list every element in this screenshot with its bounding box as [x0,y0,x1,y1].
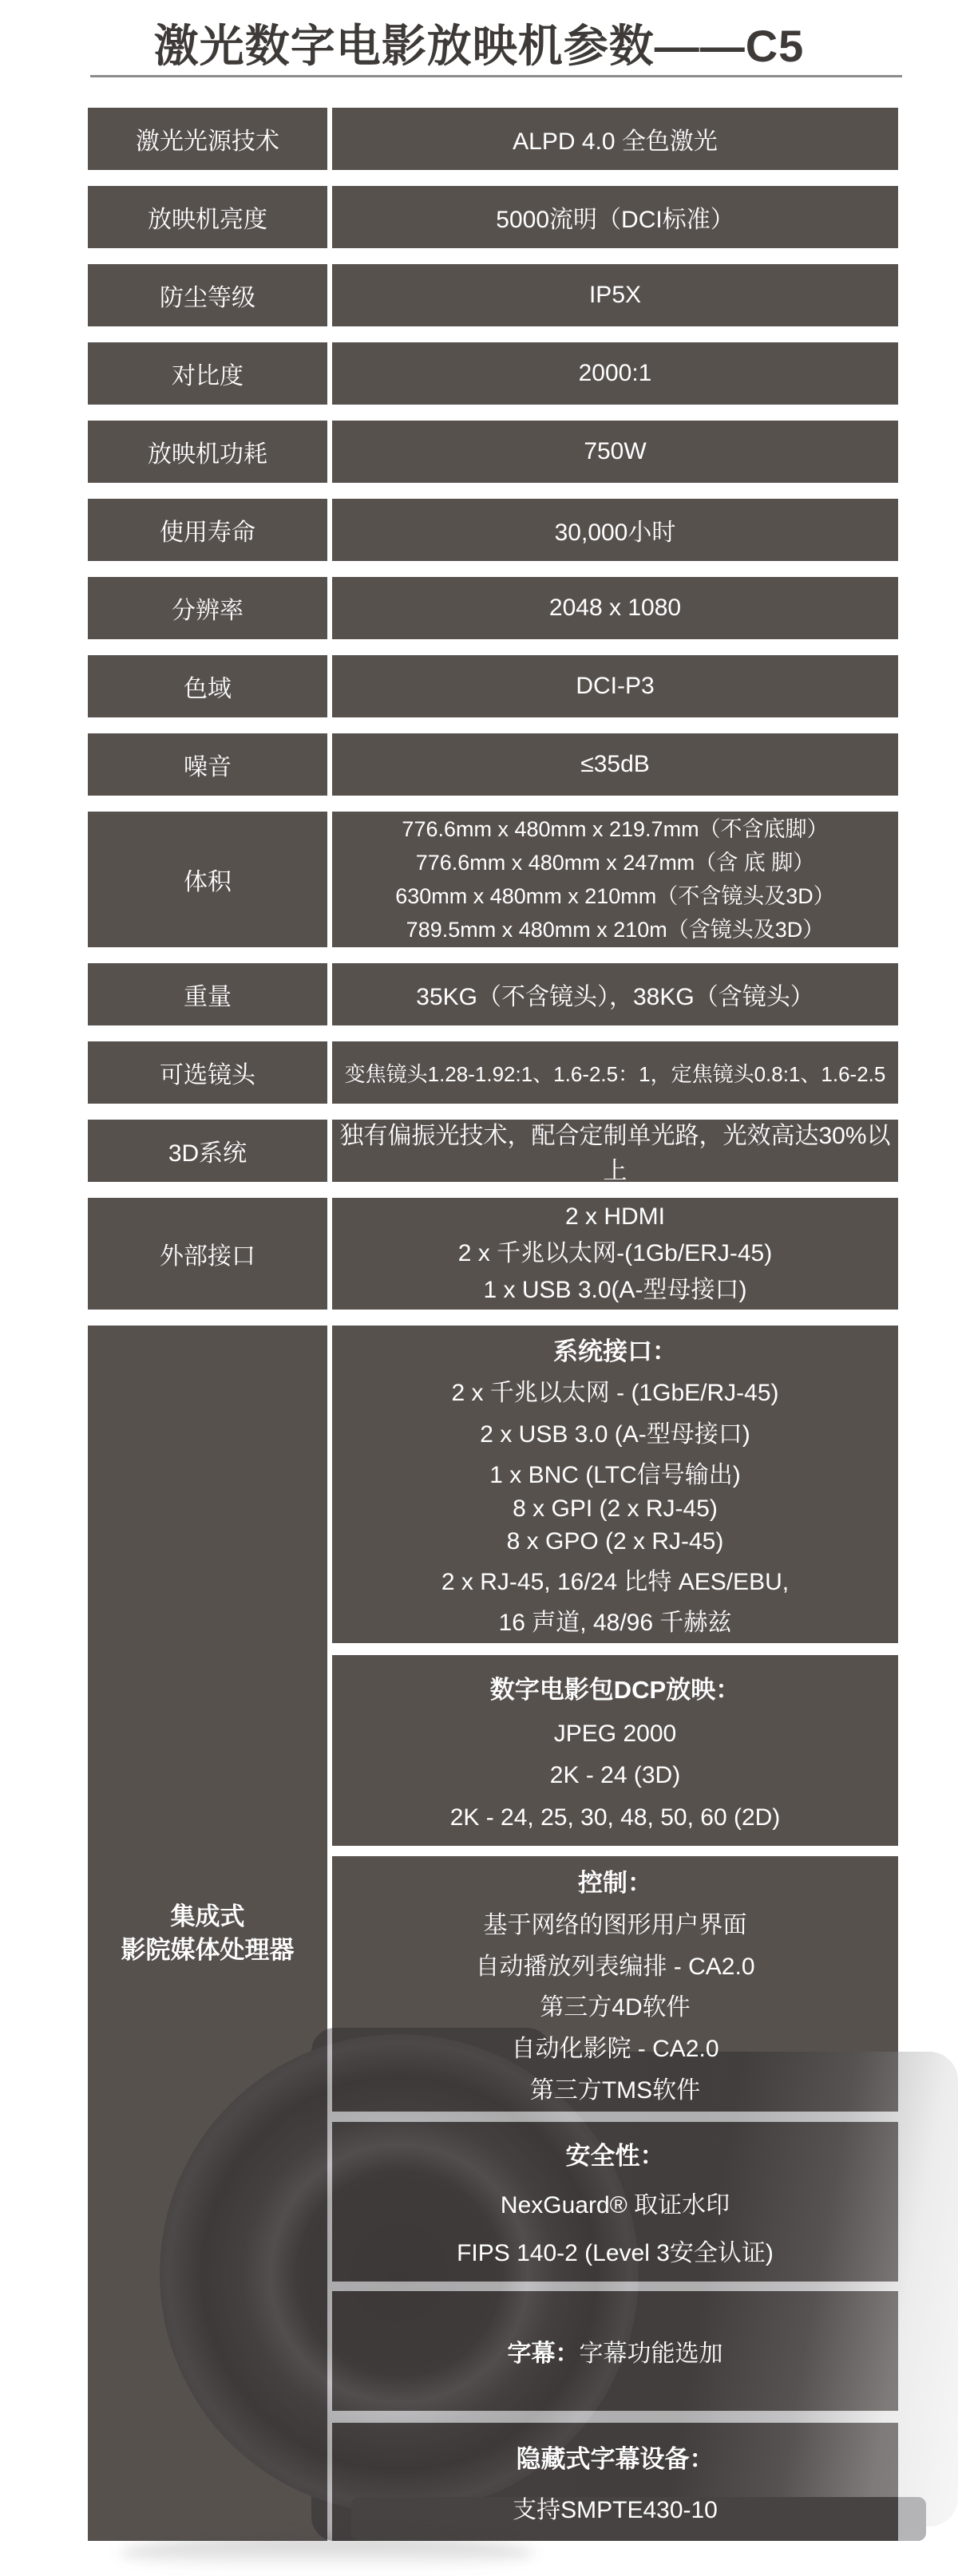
spec-row: 体积776.6mm x 480mm x 219.7mm（不含底脚）776.6mm… [88,812,898,947]
block-line: 2 x USB 3.0 (A-型母接口) [480,1414,750,1449]
title-divider [90,75,902,77]
media-processor-blocks: 系统接口：2 x 千兆以太网 - (1GbE/RJ-45)2 x USB 3.0… [332,1326,898,2541]
block-heading: 字幕： [508,2341,580,2367]
spec-row: 可选镜头变焦镜头1.28-1.92:1、1.6-2.5：1，定焦镜头0.8:1、… [88,1041,898,1104]
media-processor-block: 系统接口：2 x 千兆以太网 - (1GbE/RJ-45)2 x USB 3.0… [332,1326,898,1643]
block-line: 1 x BNC (LTC信号输出) [489,1455,740,1490]
spec-row-value: 35KG（不含镜头），38KG（含镜头） [332,963,898,1025]
block-line: 第三方4D软件 [540,1987,690,2022]
spec-row-label: 对比度 [88,342,327,405]
page-title: 激光数字电影放映机参数——C5 [0,11,958,75]
spec-row-label: 可选镜头 [88,1041,327,1104]
spec-row-value: 独有偏振光技术，配合定制单光路，光效高达30%以上 [332,1120,898,1182]
spec-row-label: 激光光源技术 [88,108,327,170]
block-line: 基于网络的图形用户界面 [484,1905,747,1940]
block-inline-value: 字幕功能选加 [580,2341,723,2367]
block-heading: 安全性： [566,2135,665,2171]
block-line: 8 x GPI (2 x RJ-45) [513,1495,718,1523]
media-processor-label-line: 影院媒体处理器 [121,1934,295,1967]
block-inline-line: 字幕：字幕功能选加 [508,2333,723,2369]
block-divider [332,2112,898,2122]
block-line: 16 声道, 48/96 千赫兹 [499,1602,732,1638]
spec-row: 色域DCI-P3 [88,655,898,717]
spec-row-label: 体积 [88,812,327,947]
block-line: 2K - 24, 25, 30, 48, 50, 60 (2D) [450,1804,781,1831]
spec-row-value: 30,000小时 [332,499,898,561]
spec-row-value: IP5X [332,264,898,326]
spec-row-label: 防尘等级 [88,264,327,326]
spec-value-line: DCI-P3 [576,673,654,700]
spec-row: 防尘等级IP5X [88,264,898,326]
spec-row: 对比度2000:1 [88,342,898,405]
spec-row-value: ALPD 4.0 全色激光 [332,108,898,170]
block-line: JPEG 2000 [554,1721,676,1748]
spec-value-line: 变焦镜头1.28-1.92:1、1.6-2.5：1，定焦镜头0.8:1、1.6-… [345,1058,886,1088]
spec-row-label: 噪音 [88,733,327,796]
spec-row: 重量35KG（不含镜头），38KG（含镜头） [88,963,898,1025]
spec-value-line: 789.5mm x 480mm x 210m（含镜头及3D） [406,913,825,946]
spec-row: 分辨率2048 x 1080 [88,577,898,639]
photo-reflection [120,2536,535,2570]
spec-row-label: 使用寿命 [88,499,327,561]
block-line: 2 x 千兆以太网 - (1GbE/RJ-45) [451,1373,778,1408]
block-line: NexGuard® 取证水印 [501,2185,730,2220]
spec-value-line: ≤35dB [580,751,650,778]
spec-row-value: 变焦镜头1.28-1.92:1、1.6-2.5：1，定焦镜头0.8:1、1.6-… [332,1041,898,1104]
spec-row-label: 外部接口 [88,1198,327,1310]
block-line: 自动播放列表编排 - CA2.0 [475,1946,754,1981]
spec-value-line: 776.6mm x 480mm x 219.7mm（不含底脚） [402,812,828,846]
spec-table: 激光光源技术ALPD 4.0 全色激光放映机亮度5000流明（DCI标准）防尘等… [88,108,898,2541]
media-processor-label-line: 集成式 [171,1900,245,1934]
spec-row-label: 3D系统 [88,1120,327,1182]
media-processor-block: 数字电影包DCP放映：JPEG 20002K - 24 (3D)2K - 24,… [332,1655,898,1846]
spec-row-value: 776.6mm x 480mm x 219.7mm（不含底脚）776.6mm x… [332,812,898,947]
spec-row-label: 分辨率 [88,577,327,639]
spec-value-line: 1 x USB 3.0(A-型母接口) [483,1272,746,1309]
block-line: 2K - 24 (3D) [550,1762,680,1789]
spec-value-line: 630mm x 480mm x 210mm（不含镜头及3D） [395,879,835,913]
spec-value-line: 776.6mm x 480mm x 247mm（含 底 脚） [416,846,815,879]
spec-row-label: 重量 [88,963,327,1025]
media-processor-label: 集成式影院媒体处理器 [88,1326,327,2541]
spec-value-line: 30,000小时 [555,512,676,547]
spec-row-value: 750W [332,421,898,483]
spec-value-line: 2 x HDMI [565,1199,665,1235]
block-divider [332,1643,898,1655]
spec-value-line: 5000流明（DCI标准） [496,200,734,235]
media-processor-block: 隐藏式字幕设备：支持SMPTE430-10 [332,2423,898,2541]
spec-row: 噪音≤35dB [88,733,898,796]
spec-row: 放映机亮度5000流明（DCI标准） [88,186,898,248]
spec-value-line: IP5X [589,282,641,309]
block-line: 自动化影院 - CA2.0 [511,2029,718,2064]
block-divider [332,1846,898,1856]
spec-value-line: 750W [584,438,646,465]
block-line: 2 x RJ-45, 16/24 比特 AES/EBU, [441,1562,789,1597]
spec-row-label: 放映机亮度 [88,186,327,248]
spec-row-value: 2048 x 1080 [332,577,898,639]
spec-row-label: 放映机功耗 [88,421,327,483]
spec-row: 使用寿命30,000小时 [88,499,898,561]
spec-value-line: 2000:1 [579,360,652,387]
media-processor-block: 控制：基于网络的图形用户界面自动播放列表编排 - CA2.0第三方4D软件自动化… [332,1856,898,2112]
media-processor-section: 集成式影院媒体处理器系统接口：2 x 千兆以太网 - (1GbE/RJ-45)2… [88,1326,898,2541]
block-heading: 数字电影包DCP放映： [490,1669,740,1705]
spec-row-value: 5000流明（DCI标准） [332,186,898,248]
media-processor-block: 字幕：字幕功能选加 [332,2291,898,2411]
block-line: 支持SMPTE430-10 [513,2490,718,2525]
spec-value-line: 2048 x 1080 [549,595,681,622]
spec-value-line: 35KG（不含镜头），38KG（含镜头） [416,977,814,1012]
block-divider [332,2411,898,2423]
block-heading: 系统接口： [553,1331,677,1367]
block-divider [332,2282,898,2291]
block-heading: 控制： [578,1863,652,1898]
spec-sheet: 激光数字电影放映机参数——C5 激光光源技术ALPD 4.0 全色激光放映机亮度… [0,0,958,2576]
block-line: 第三方TMS软件 [530,2070,700,2105]
spec-row: 放映机功耗750W [88,421,898,483]
spec-row: 3D系统独有偏振光技术，配合定制单光路，光效高达30%以上 [88,1120,898,1182]
spec-row-value: 2 x HDMI2 x 千兆以太网-(1Gb/ERJ-45)1 x USB 3.… [332,1198,898,1310]
spec-row-value: DCI-P3 [332,655,898,717]
spec-value-line: ALPD 4.0 全色激光 [513,121,718,156]
spec-row-value: 2000:1 [332,342,898,405]
spec-value-line: 2 x 千兆以太网-(1Gb/ERJ-45) [458,1235,772,1272]
spec-row: 激光光源技术ALPD 4.0 全色激光 [88,108,898,170]
spec-row-label: 色域 [88,655,327,717]
block-line: 8 x GPO (2 x RJ-45) [507,1528,724,1555]
media-processor-block: 安全性：NexGuard® 取证水印FIPS 140-2 (Level 3安全认… [332,2122,898,2282]
spec-row: 外部接口2 x HDMI2 x 千兆以太网-(1Gb/ERJ-45)1 x US… [88,1198,898,1310]
spec-row-value: ≤35dB [332,733,898,796]
block-heading: 隐藏式字幕设备： [517,2439,715,2475]
spec-value-line: 独有偏振光技术，配合定制单光路，光效高达30%以上 [332,1116,898,1186]
block-line: FIPS 140-2 (Level 3安全认证) [457,2233,774,2268]
